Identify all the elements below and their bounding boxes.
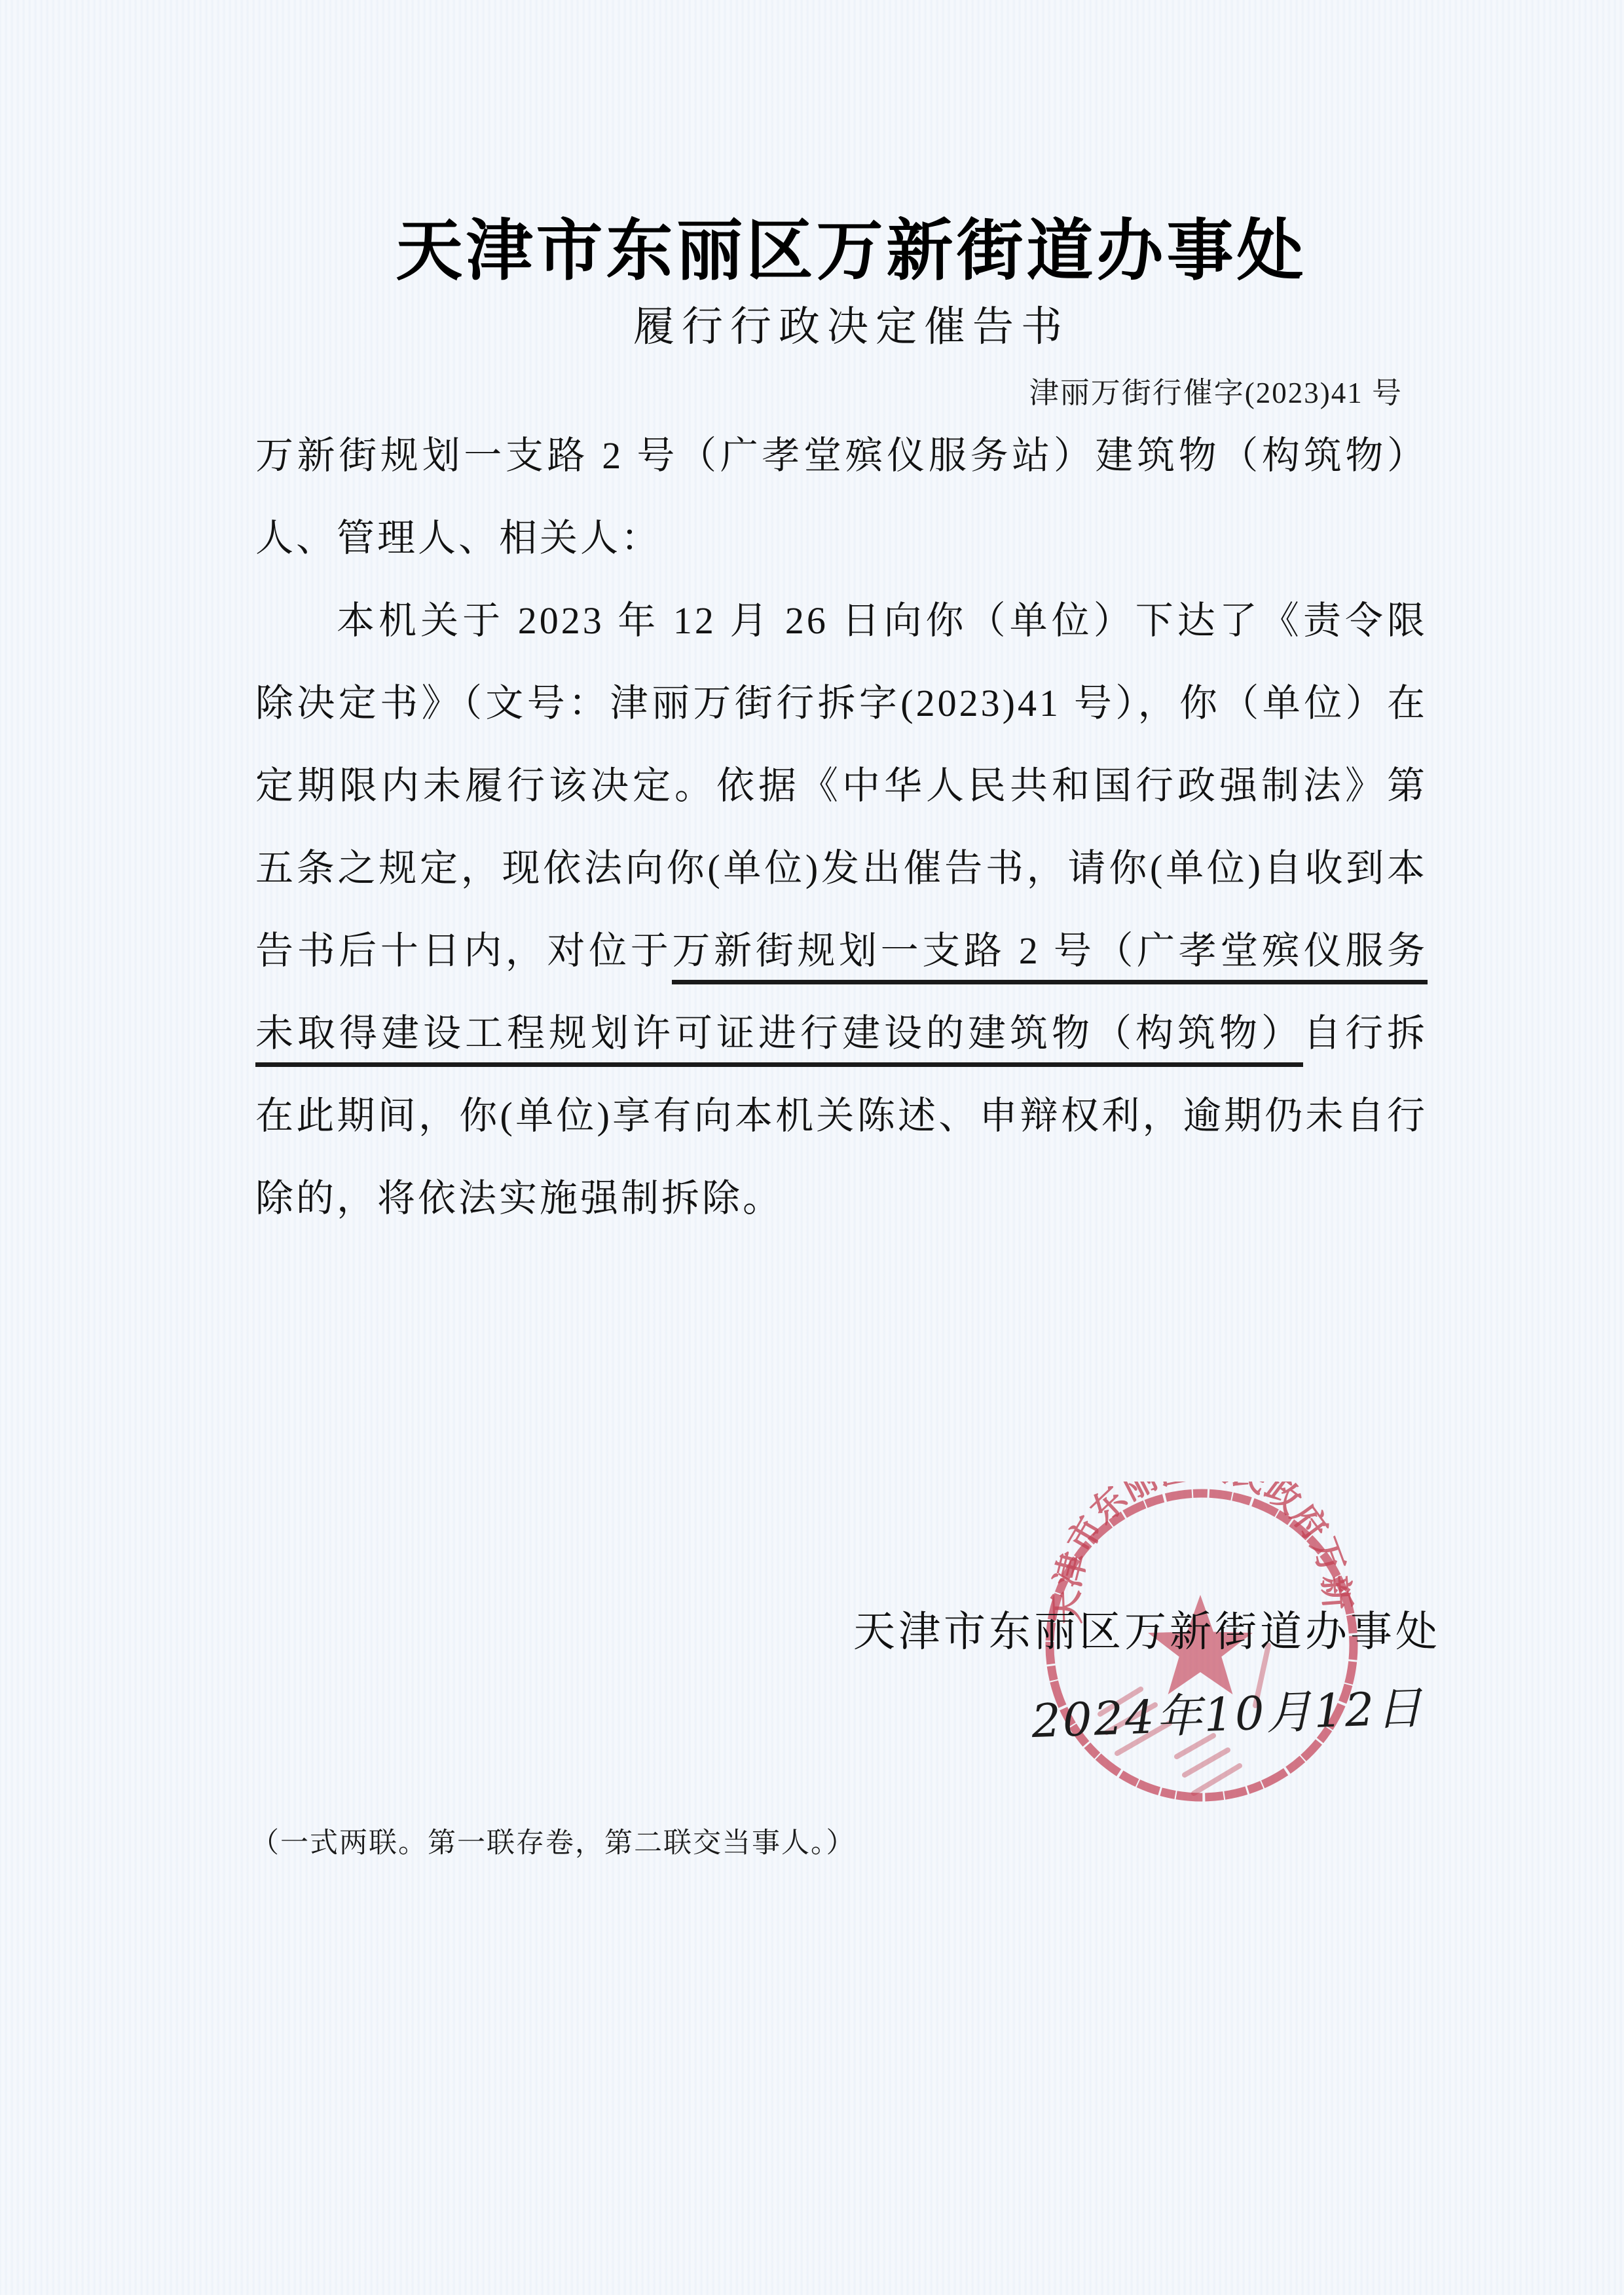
body-line: 未取得建设工程规划许可证进行建设的建筑物（构筑物）自行拆除， bbox=[255, 992, 1428, 1075]
line-text: 人、管理人、相关人： bbox=[255, 517, 661, 559]
body-line: 本机关于 2023 年 12 月 26 日向你（单位）下达了《责令限期拆 bbox=[255, 580, 1428, 662]
line-text: 万新街规划一支路 2 号（广孝堂殡仪服务站）建筑物（构筑物）建设 bbox=[255, 434, 1428, 497]
body-line: 万新街规划一支路 2 号（广孝堂殡仪服务站）建筑物（构筑物）建设 bbox=[255, 415, 1428, 497]
footer-copy-note: （一式两联。第一联存卷，第二联交当事人。） bbox=[251, 1821, 856, 1861]
page-subtitle: 履行行政决定催告书 bbox=[265, 293, 1437, 353]
line-text: 本机关于 2023 年 12 月 26 日向你（单位）下达了《责令限期拆 bbox=[337, 599, 1428, 662]
page-title: 天津市东丽区万新街道办事处 bbox=[265, 198, 1437, 293]
underlined-text: 未取得建设工程规划许可证进行建设的建筑物（构筑物） bbox=[255, 1012, 1303, 1067]
line-text: 除决定书》（文号：津丽万街行拆字(2023)41 号），你（单位）在规 bbox=[255, 682, 1428, 745]
body-line: 五条之规定，现依法向你(单位)发出催告书，请你(单位)自收到本催 bbox=[255, 827, 1428, 910]
body-line: 定期限内未履行该决定。依据《中华人民共和国行政强制法》第三十 bbox=[255, 745, 1428, 827]
body-line: 告书后十日内，对位于万新街规划一支路 2 号（广孝堂殡仪服务站） bbox=[255, 910, 1428, 992]
body-line: 在此期间，你(单位)享有向本机关陈述、申辩权利，逾期仍未自行拆 bbox=[255, 1075, 1428, 1157]
document-number: 津丽万街行催字(2023)41 号 bbox=[255, 369, 1403, 411]
scanned-document-page: 天津市东丽区万新街道办事处 履行行政决定催告书 津丽万街行催字(2023)41 … bbox=[0, 0, 1624, 2295]
line-text: 五条之规定，现依法向你(单位)发出催告书，请你(单位)自收到本催 bbox=[255, 847, 1428, 910]
line-text: 除的，将依法实施强制拆除。 bbox=[255, 1177, 783, 1220]
body-text-block: 万新街规划一支路 2 号（广孝堂殡仪服务站）建筑物（构筑物）建设 人、管理人、相… bbox=[255, 415, 1428, 1240]
handwritten-date: 2024年10月12日 bbox=[1030, 1671, 1412, 1751]
line-text: 告书后十日内，对位于 bbox=[255, 929, 672, 972]
body-line: 除的，将依法实施强制拆除。 bbox=[255, 1157, 1428, 1240]
line-text: 在此期间，你(单位)享有向本机关陈述、申辩权利，逾期仍未自行拆 bbox=[255, 1094, 1428, 1157]
signature-office-name: 天津市东丽区万新街道办事处 bbox=[589, 1598, 1441, 1658]
body-line: 除决定书》（文号：津丽万街行拆字(2023)41 号），你（单位）在规 bbox=[255, 662, 1428, 745]
line-text: 定期限内未履行该决定。依据《中华人民共和国行政强制法》第三十 bbox=[255, 764, 1428, 827]
body-line: 人、管理人、相关人： bbox=[255, 497, 1428, 580]
